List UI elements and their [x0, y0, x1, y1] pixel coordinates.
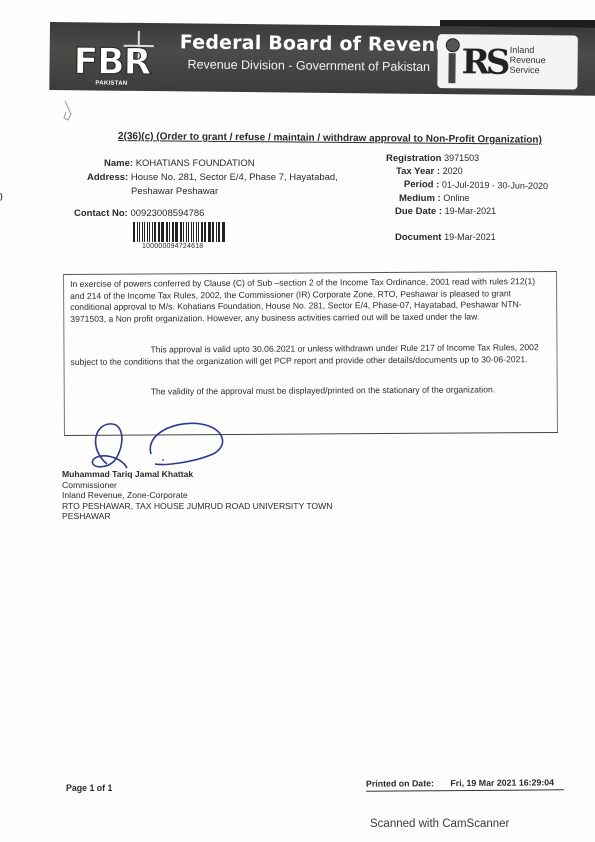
organization-title: Federal Board of Revenue	[180, 31, 463, 56]
contact-value: 00923008594786	[130, 208, 204, 219]
medium-field: Medium : Online	[399, 193, 469, 204]
barcode	[133, 222, 229, 242]
barcode-number: 100000094724618	[142, 243, 203, 250]
fbr-logo-text: FBR	[73, 44, 150, 81]
irs-logo-text: RS	[461, 42, 506, 82]
tax-year-field: Tax Year : 2020	[396, 166, 463, 177]
address-label: Address:	[87, 172, 128, 183]
signatory-designation: Commissioner	[62, 480, 332, 491]
pen-mark-icon	[62, 100, 76, 122]
contact-label: Contact No:	[74, 208, 128, 219]
fbr-logo: FBR PAKISTAN	[73, 44, 163, 89]
fbr-header-banner: FBR PAKISTAN Federal Board of Revenue Re…	[49, 22, 595, 96]
signatory-address-2: PESHAWAR	[62, 511, 332, 522]
name-field: Name: KOHATIANS FOUNDATION	[104, 158, 255, 169]
document-date-field: Document 19-Mar-2021	[395, 232, 496, 243]
contact-field: Contact No: 00923008594786	[74, 208, 204, 219]
document-date-value: 19-Mar-2021	[444, 232, 496, 242]
order-paragraph-1: In exercise of powers conferred by Claus…	[70, 276, 550, 325]
period-value: 01-Jul-2019 - 30-Jun-2020	[442, 180, 548, 191]
signatory-address-1: RTO PESHAWAR, TAX HOUSE JUMRUD ROAD UNIV…	[62, 501, 332, 512]
registration-field: Registration 3971503	[386, 153, 479, 164]
fbr-logo-subtext: PAKISTAN	[95, 80, 127, 86]
scan-edge-mark: )	[0, 192, 3, 201]
due-date-value: 19-Mar-2021	[445, 206, 497, 216]
printed-value: Fri, 19 Mar 2021 16:29:04	[450, 777, 554, 788]
irs-logo: RS Inland Revenue Service	[437, 34, 578, 89]
signatory-department: Inland Revenue, Zone-Corporate	[62, 490, 332, 501]
signatory-name: Muhammad Tariq Jamal Khattak	[62, 469, 332, 480]
organization-subtitle: Revenue Division - Government of Pakista…	[187, 57, 430, 74]
irs-logo-caption: Inland Revenue Service	[509, 45, 545, 75]
medium-value: Online	[443, 193, 469, 203]
irs-i-icon	[445, 38, 459, 82]
camscanner-watermark: Scanned with CamScanner	[370, 818, 509, 830]
address-line-1: House No. 281, Sector E/4, Phase 7, Haya…	[131, 172, 338, 183]
name-value: KOHATIANS FOUNDATION	[136, 158, 255, 169]
due-date-field: Due Date : 19-Mar-2021	[395, 206, 496, 217]
order-paragraph-3: The validity of the approval must be dis…	[71, 384, 541, 398]
printed-label: Printed on Date:	[366, 778, 434, 788]
tax-year-value: 2020	[443, 166, 463, 176]
name-label: Name:	[104, 158, 133, 169]
printed-on-date: Printed on Date: Fri, 19 Mar 2021 16:29:…	[366, 777, 564, 791]
period-field: Period : 01-Jul-2019 - 30-Jun-2020	[404, 179, 548, 192]
signatory-block: Muhammad Tariq Jamal Khattak Commissione…	[62, 469, 332, 522]
signature-icon	[85, 420, 245, 475]
address-field: Address: House No. 281, Sector E/4, Phas…	[87, 172, 338, 183]
order-text-box: In exercise of powers conferred by Claus…	[63, 271, 558, 436]
order-paragraph-2: This approval is valid upto 30.06.2021 o…	[70, 342, 540, 368]
page-number: Page 1 of 1	[66, 783, 112, 793]
address-line-2: Peshawar Peshawar	[131, 186, 218, 197]
document-title: 2(36)(c) (Order to grant / refuse / main…	[118, 131, 542, 146]
registration-value: 3971503	[444, 153, 479, 163]
